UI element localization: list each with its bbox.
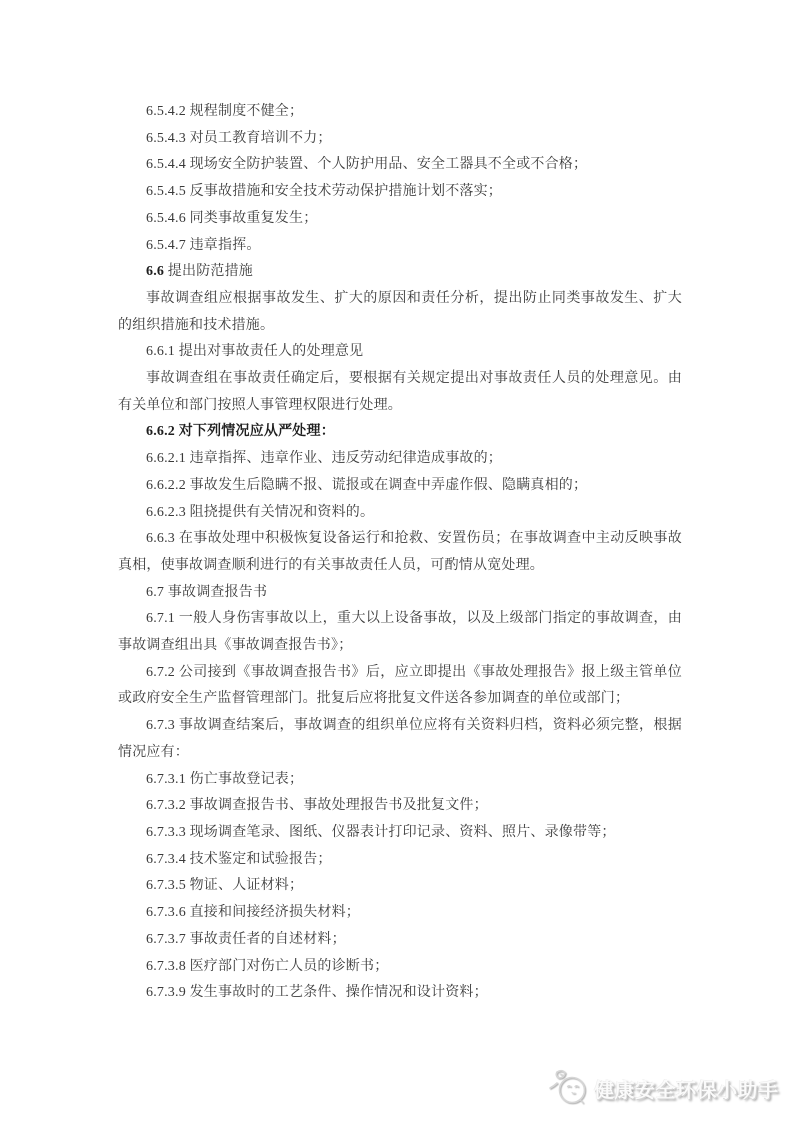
paragraph: 6.5.4.2 规程制度不健全；: [118, 99, 682, 126]
paragraph: 6.7.3.9 发生事故时的工艺条件、操作情况和设计资料；: [118, 980, 682, 1007]
paragraph: 事故调查组应根据事故发生、扩大的原因和责任分析，提出防止同类事故发生、扩大的组织…: [118, 286, 682, 339]
paragraph: 6.6.2 对下列情况应从严处理：: [118, 419, 682, 446]
paragraph: 6.6.1 提出对事故责任人的处理意见: [118, 339, 682, 366]
clause-title: 提出防范措施: [164, 264, 253, 279]
paragraph: 6.5.4.7 违章指挥。: [118, 233, 682, 260]
paragraph: 6.6 提出防范措施: [118, 259, 682, 286]
paragraph: 6.7.2 公司接到《事故调查报告书》后，应立即提出《事故处理报告》报上级主管单…: [118, 660, 682, 713]
watermark: 健康安全环保小助手: [547, 1062, 779, 1114]
paragraph: 6.7.1 一般人身伤害事故以上，重大以上设备事故，以及上级部门指定的事故调查，…: [118, 606, 682, 659]
paragraph: 6.6.2.2 事故发生后隐瞒不报、谎报或在调查中弄虚作假、隐瞒真相的；: [118, 473, 682, 500]
watermark-label: 健康安全环保小助手: [594, 1074, 779, 1103]
paragraph: 事故调查组在事故责任确定后，要根据有关规定提出对事故责任人员的处理意见。由有关单…: [118, 366, 682, 419]
paragraph: 6.7.3.1 伤亡事故登记表；: [118, 767, 682, 794]
mascot-face-icon: [547, 1066, 589, 1110]
paragraph: 6.6.2.3 阻挠提供有关情况和资料的。: [118, 500, 682, 527]
paragraph: 6.7.3.5 物证、人证材料；: [118, 873, 682, 900]
paragraph: 6.5.4.4 现场安全防护装置、个人防护用品、安全工器具不全或不合格；: [118, 152, 682, 179]
paragraph: 6.7.3.2 事故调查报告书、事故处理报告书及批复文件；: [118, 793, 682, 820]
paragraph: 6.7.3.6 直接和间接经济损失材料；: [118, 900, 682, 927]
paragraph: 6.7.3.8 医疗部门对伤亡人员的诊断书；: [118, 954, 682, 981]
paragraph: 6.6.3 在事故处理中积极恢复设备运行和抢救、安置伤员；在事故调查中主动反映事…: [118, 526, 682, 579]
paragraph: 6.5.4.3 对员工教育培训不力；: [118, 126, 682, 153]
paragraph: 6.7 事故调查报告书: [118, 580, 682, 607]
paragraph: 6.7.3.3 现场调查笔录、图纸、仪器表计打印记录、资料、照片、录像带等；: [118, 820, 682, 847]
document-page: 6.5.4.2 规程制度不健全；6.5.4.3 对员工教育培训不力；6.5.4.…: [0, 0, 793, 1122]
document-text-body: 6.5.4.2 规程制度不健全；6.5.4.3 对员工教育培训不力；6.5.4.…: [118, 99, 682, 1007]
paragraph: 6.7.3 事故调查结案后，事故调查的组织单位应将有关资料归档，资料必须完整，根…: [118, 713, 682, 766]
paragraph: 6.7.3.7 事故责任者的自述材料；: [118, 927, 682, 954]
paragraph: 6.5.4.5 反事故措施和安全技术劳动保护措施计划不落实；: [118, 179, 682, 206]
paragraph: 6.6.2.1 违章指挥、违章作业、违反劳动纪律造成事故的；: [118, 446, 682, 473]
paragraph: 6.5.4.6 同类事故重复发生；: [118, 206, 682, 233]
paragraph: 6.7.3.4 技术鉴定和试验报告；: [118, 847, 682, 874]
clause-number: 6.6: [146, 264, 164, 279]
